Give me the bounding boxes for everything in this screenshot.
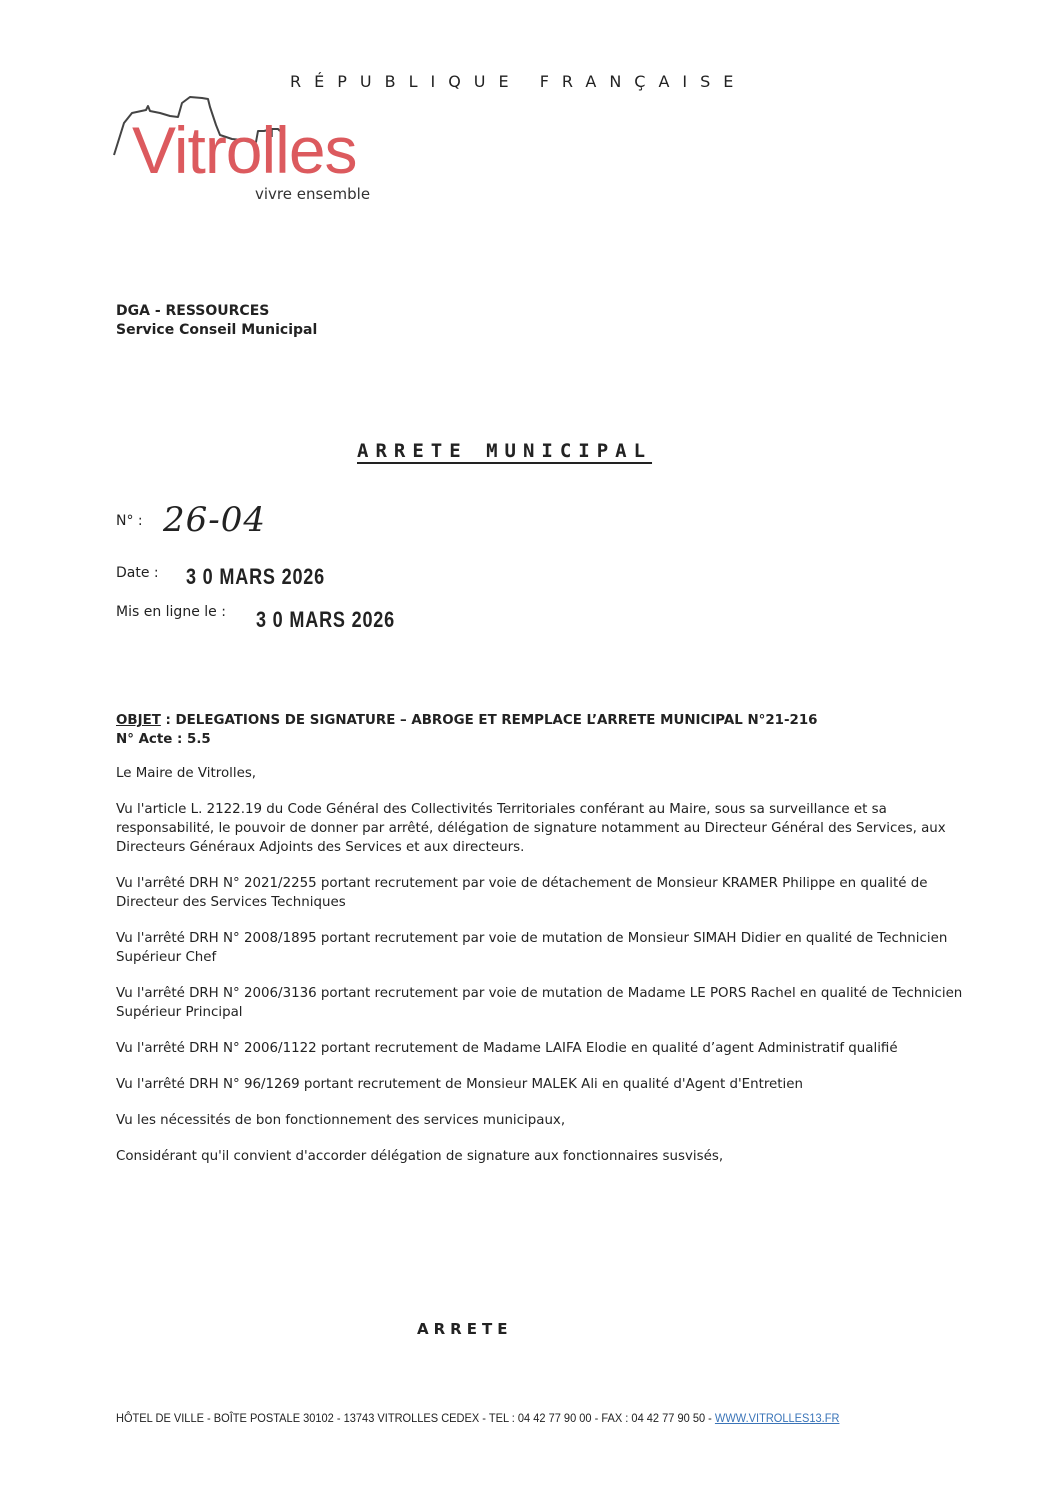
online-date-stamp: 3 0 MARS 2026 bbox=[256, 607, 395, 633]
body-paragraph: Vu l'arrêté DRH N° 96/1269 portant recru… bbox=[116, 1075, 976, 1094]
body-paragraph: Considérant qu'il convient d'accorder dé… bbox=[116, 1147, 976, 1166]
body-paragraph: Vu l'arrêté DRH N° 2021/2255 portant rec… bbox=[116, 874, 976, 912]
number-label: N° : bbox=[116, 513, 143, 529]
number-value-handwritten: 26-04 bbox=[163, 500, 266, 540]
date-label: Date : bbox=[116, 565, 159, 581]
republique-francaise-header: RÉPUBLIQUE FRANÇAISE bbox=[290, 72, 746, 91]
website-link[interactable]: WWW.VITROLLES13.FR bbox=[715, 1411, 840, 1425]
acte-number: N° Acte : 5.5 bbox=[116, 730, 818, 749]
department-name: DGA - RESSOURCES bbox=[116, 302, 317, 321]
document-title: ARRETE MUNICIPAL bbox=[357, 440, 652, 462]
body-paragraph: Vu l'article L. 2122.19 du Code Général … bbox=[116, 800, 976, 857]
footer-address: HÔTEL DE VILLE - BOÎTE POSTALE 30102 - 1… bbox=[116, 1411, 715, 1425]
vitrolles-logo: Vitrolles vivre ensemble bbox=[112, 95, 402, 210]
page-footer: HÔTEL DE VILLE - BOÎTE POSTALE 30102 - 1… bbox=[116, 1411, 839, 1425]
date-stamp: 3 0 MARS 2026 bbox=[186, 564, 325, 590]
online-date-label: Mis en ligne le : bbox=[116, 604, 226, 620]
logo-wordmark: Vitrolles bbox=[132, 117, 357, 183]
logo-tagline: vivre ensemble bbox=[255, 185, 370, 203]
body-paragraph: Le Maire de Vitrolles, bbox=[116, 764, 976, 783]
subject-block: OBJET : DELEGATIONS DE SIGNATURE – ABROG… bbox=[116, 711, 818, 749]
department-block: DGA - RESSOURCES Service Conseil Municip… bbox=[116, 302, 317, 340]
arrete-heading: ARRETE bbox=[417, 1320, 512, 1338]
service-name: Service Conseil Municipal bbox=[116, 321, 317, 340]
body-paragraph: Vu l'arrêté DRH N° 2008/1895 portant rec… bbox=[116, 929, 976, 967]
body-paragraph: Vu les nécessités de bon fonctionnement … bbox=[116, 1111, 976, 1130]
body-paragraph: Vu l'arrêté DRH N° 2006/3136 portant rec… bbox=[116, 984, 976, 1022]
subject-line: OBJET : DELEGATIONS DE SIGNATURE – ABROG… bbox=[116, 711, 818, 730]
subject-text: : DELEGATIONS DE SIGNATURE – ABROGE ET R… bbox=[161, 713, 818, 728]
body-paragraph: Vu l'arrêté DRH N° 2006/1122 portant rec… bbox=[116, 1039, 976, 1058]
subject-label: OBJET bbox=[116, 713, 161, 728]
document-body: Le Maire de Vitrolles, Vu l'article L. 2… bbox=[116, 764, 976, 1183]
